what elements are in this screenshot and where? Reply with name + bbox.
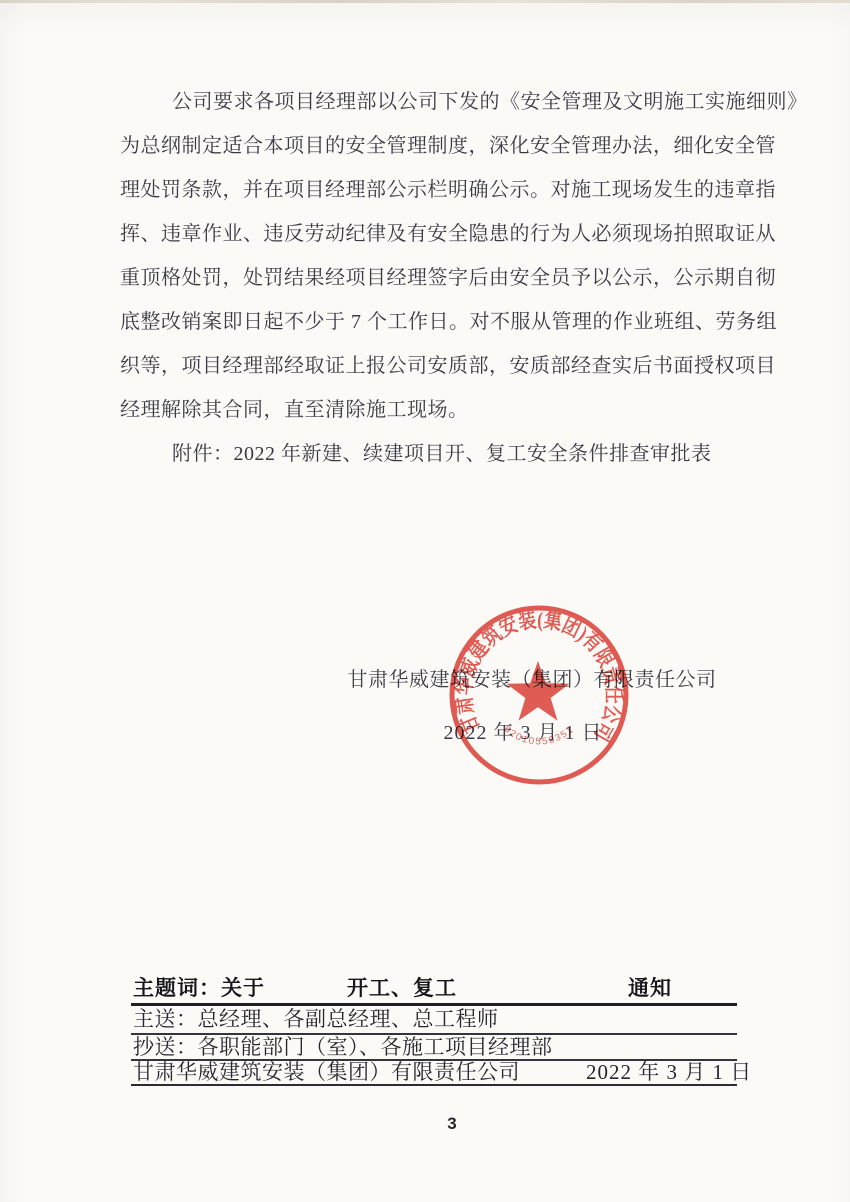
body-line: 重顶格处罚，处罚结果经项目经理签字后由安全员予以公示，公示期自彻 <box>120 256 775 300</box>
cc-row: 抄送：各职能部门（室）、各施工项目经理部 <box>131 1035 737 1061</box>
body-line: 底整改销案即日起不少于 7 个工作日。对不服从管理的作业班组、劳务组 <box>120 300 775 344</box>
page-number: 3 <box>447 1114 456 1134</box>
issuer-name: 甘肃华威建筑安装（集团）有限责任公司 <box>133 1060 520 1084</box>
attachment-line: 附件：2022 年新建、续建项目开、复工安全条件排查审批表 <box>120 432 775 476</box>
subject-row: 主题词：关于 开工、复工 通知 <box>131 974 737 1006</box>
subject-type: 通知 <box>628 974 672 1003</box>
body-line: 为总纲制定适合本项目的安全管理制度，深化安全管理办法，细化安全管 <box>120 124 775 168</box>
document-body: 公司要求各项目经理部以公司下发的《安全管理及文明施工实施细则》 为总纲制定适合本… <box>120 80 775 476</box>
body-line: 织等，项目经理部经取证上报公司安质部，安质部经查实后书面授权项目 <box>120 344 775 388</box>
issuer-row: 甘肃华威建筑安装（集团）有限责任公司 2022 年 3 月 1 日 <box>131 1061 737 1086</box>
scan-edge-artifact <box>0 0 850 3</box>
main-to-row: 主送：总经理、各副总经理、总工程师 <box>131 1006 737 1035</box>
company-seal: 甘肃华威建筑安装(集团)有限责任公司 6201055035110 <box>444 600 634 790</box>
footer-keyword-table: 主题词：关于 开工、复工 通知 主送：总经理、各副总经理、总工程师 抄送：各职能… <box>131 974 737 1086</box>
issue-date: 2022 年 3 月 1 日 <box>586 1061 752 1084</box>
subject-label: 主题词：关于 <box>133 974 265 1003</box>
body-line: 挥、违章作业、违反劳动纪律及有安全隐患的行为人必须现场拍照取证从 <box>120 212 775 256</box>
body-line: 理处罚条款，并在项目经理部公示栏明确公示。对施工现场发生的违章指 <box>120 168 775 212</box>
seal-star-icon <box>507 661 570 721</box>
body-line: 公司要求各项目经理部以公司下发的《安全管理及文明施工实施细则》 <box>120 80 775 124</box>
body-line: 经理解除其合同，直至清除施工现场。 <box>120 388 775 432</box>
subject-keywords: 开工、复工 <box>347 974 457 1003</box>
